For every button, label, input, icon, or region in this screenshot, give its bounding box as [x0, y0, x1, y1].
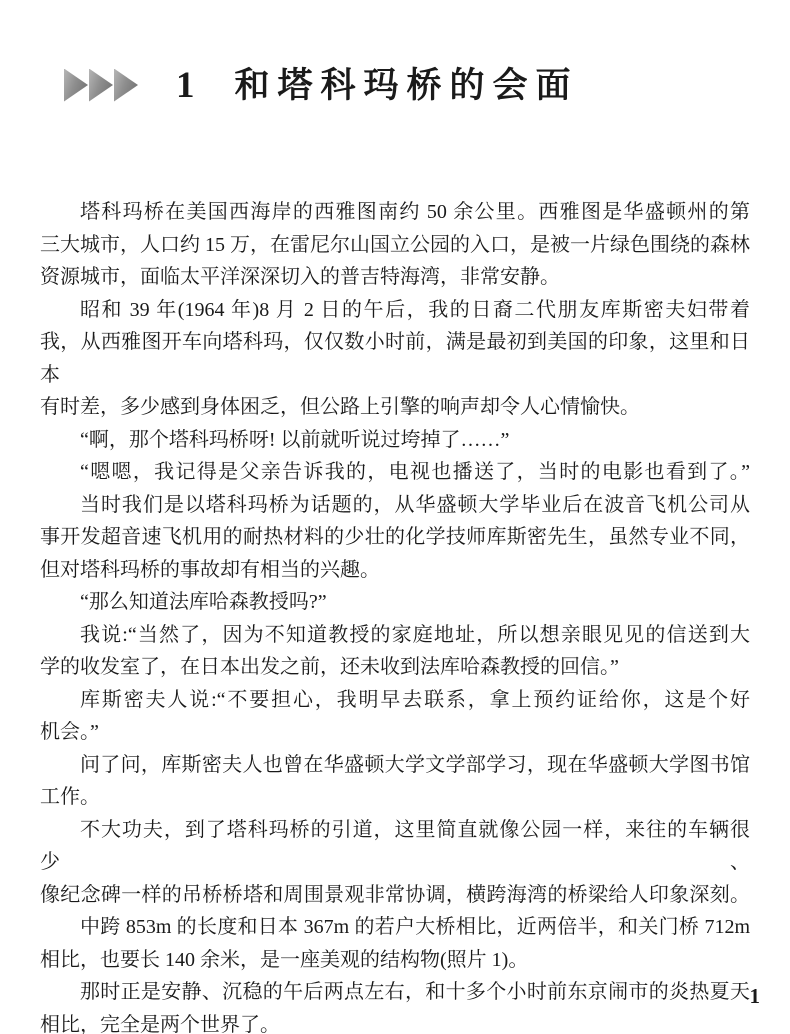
right-triangle-icon	[89, 69, 113, 102]
text-line: 相比，也要长 140 余米，是一座美观的结构物(照片 1)。	[40, 944, 750, 977]
text-line: 不大功夫，到了塔科玛桥的引道，这里简直就像公园一样，来往的车辆很少、	[40, 814, 750, 879]
text-line: 相比，完全是两个世界了。	[40, 1009, 750, 1034]
text-line: 像纪念碑一样的吊桥桥塔和周围景观非常协调，横跨海湾的桥梁给人印象深刻。	[40, 879, 750, 912]
text-line: 问了问，库斯密夫人也曾在华盛顿大学文学部学习，现在华盛顿大学图书馆	[40, 749, 750, 782]
text-line: 有时差，多少感到身体困乏，但公路上引擎的响声却令人心情愉快。	[40, 391, 750, 424]
text-line: 机会。”	[40, 716, 750, 749]
right-triangle-icon	[64, 69, 88, 102]
paragraph: “那么知道法库哈森教授吗?”	[40, 586, 750, 619]
paragraph: 我说:“当然了，因为不知道教授的家庭地址，所以想亲眼见见的信送到大 学的收发室了…	[40, 619, 750, 684]
text-line: 我，从西雅图开车向塔科玛，仅仅数小时前，满是最初到美国的印象，这里和日本	[40, 326, 750, 391]
text-line: 事开发超音速飞机用的耐热材料的少壮的化学技师库斯密先生，虽然专业不同，	[40, 521, 750, 554]
paragraph: 当时我们是以塔科玛桥为话题的，从华盛顿大学毕业后在波音飞机公司从 事开发超音速飞…	[40, 489, 750, 587]
paragraph: 库斯密夫人说:“不要担心，我明早去联系，拿上预约证给你，这是个好 机会。”	[40, 684, 750, 749]
text-line: “那么知道法库哈森教授吗?”	[40, 586, 750, 619]
paragraph: 昭和 39 年(1964 年)8 月 2 日的午后，我的日裔二代朋友库斯密夫妇带…	[40, 294, 750, 424]
text-line: 库斯密夫人说:“不要担心，我明早去联系，拿上预约证给你，这是个好	[40, 684, 750, 717]
paragraph: 中跨 853m 的长度和日本 367m 的若户大桥相比，近两倍半，和关门桥 71…	[40, 911, 750, 976]
page-number: 1	[750, 984, 761, 1009]
paragraph: 问了问，库斯密夫人也曾在华盛顿大学文学部学习，现在华盛顿大学图书馆 工作。	[40, 749, 750, 814]
text-line: 中跨 853m 的长度和日本 367m 的若户大桥相比，近两倍半，和关门桥 71…	[40, 911, 750, 944]
text-line: “嗯嗯，我记得是父亲告诉我的，电视也播送了，当时的电影也看到了。”	[40, 456, 750, 489]
text-line: “啊，那个塔科玛桥呀! 以前就听说过垮掉了……”	[40, 424, 750, 457]
text-line: 塔科玛桥在美国西海岸的西雅图南约 50 余公里。西雅图是华盛顿州的第	[40, 196, 750, 229]
paragraph: 那时正是安静、沉稳的午后两点左右，和十多个小时前东京闹市的炎热夏天 相比，完全是…	[40, 976, 750, 1034]
text-line: 我说:“当然了，因为不知道教授的家庭地址，所以想亲眼见见的信送到大	[40, 619, 750, 652]
text-line: 那时正是安静、沉稳的午后两点左右，和十多个小时前东京闹市的炎热夏天	[40, 976, 750, 1009]
paragraph: “啊，那个塔科玛桥呀! 以前就听说过垮掉了……”	[40, 424, 750, 457]
paragraph: 不大功夫，到了塔科玛桥的引道，这里简直就像公园一样，来往的车辆很少、 像纪念碑一…	[40, 814, 750, 912]
chapter-marker	[64, 69, 138, 102]
text-line: 昭和 39 年(1964 年)8 月 2 日的午后，我的日裔二代朋友库斯密夫妇带…	[40, 294, 750, 327]
text-line: 资源城市，面临太平洋深深切入的普吉特海湾，非常安静。	[40, 261, 750, 294]
text-line: 工作。	[40, 781, 750, 814]
body-text: 塔科玛桥在美国西海岸的西雅图南约 50 余公里。西雅图是华盛顿州的第 三大城市，…	[40, 196, 750, 1034]
text-line: 当时我们是以塔科玛桥为话题的，从华盛顿大学毕业后在波音飞机公司从	[40, 489, 750, 522]
chapter-title: 和塔科玛桥的会面	[235, 68, 579, 103]
text-line: 但对塔科玛桥的事故却有相当的兴趣。	[40, 554, 750, 587]
text-line: 三大城市，人口约 15 万，在雷尼尔山国立公园的入口，是被一片绿色围绕的森林	[40, 229, 750, 262]
chapter-heading: 1 和塔科玛桥的会面	[64, 60, 579, 110]
text-line: 学的收发室了，在日本出发之前，还未收到法库哈森教授的回信。”	[40, 651, 750, 684]
book-page: 1 和塔科玛桥的会面 塔科玛桥在美国西海岸的西雅图南约 50 余公里。西雅图是华…	[0, 0, 790, 1034]
paragraph: “嗯嗯，我记得是父亲告诉我的，电视也播送了，当时的电影也看到了。”	[40, 456, 750, 489]
chapter-number: 1	[176, 67, 195, 104]
paragraph: 塔科玛桥在美国西海岸的西雅图南约 50 余公里。西雅图是华盛顿州的第 三大城市，…	[40, 196, 750, 294]
right-triangle-icon	[114, 69, 138, 102]
